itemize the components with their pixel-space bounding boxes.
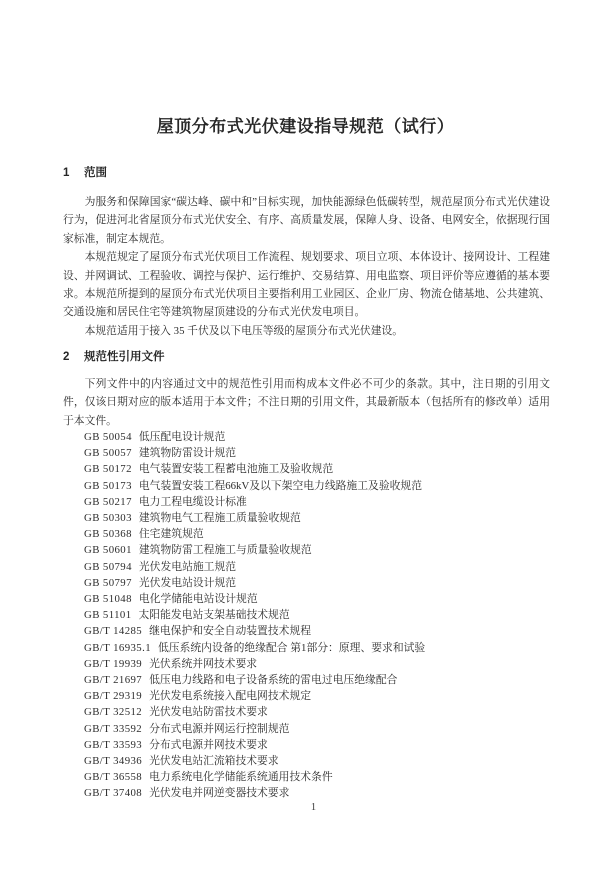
reference-item: GB 50172电气装置安装工程蓄电池施工及验收规范 <box>84 461 550 477</box>
reference-item: GB 50368住宅建筑规范 <box>84 526 550 542</box>
reference-item: GB/T 16935.1低压系统内设备的绝缘配合 第1部分：原理、要求和试验 <box>84 640 550 656</box>
paragraph: 为服务和保障国家“碳达峰、碳中和”目标实现，加快能源绿色低碳转型，规范屋顶分布式… <box>63 193 550 248</box>
reference-title: 电力工程电缆设计标准 <box>139 496 247 508</box>
reference-code: GB 50172 <box>84 461 132 477</box>
reference-title: 建筑物电气工程施工质量验收规范 <box>139 512 301 524</box>
reference-title: 光伏发电站汇流箱技术要求 <box>149 755 279 767</box>
reference-item: GB 50173电气装置安装工程66kV及以下架空电力线路施工及验收规范 <box>84 478 550 494</box>
section-2-title: 规范性引用文件 <box>84 351 165 363</box>
reference-title: 分布式电源并网运行控制规范 <box>149 723 289 735</box>
reference-title: 太阳能发电站支架基础技术规范 <box>139 609 290 621</box>
reference-item: GB 50217电力工程电缆设计标准 <box>84 494 550 510</box>
reference-title: 分布式电源并网技术要求 <box>149 739 268 751</box>
reference-item: GB 50054低压配电设计规范 <box>84 429 550 445</box>
section-1-number: 1 <box>63 165 84 181</box>
reference-code: GB 50601 <box>84 542 132 558</box>
reference-list: GB 50054低压配电设计规范 GB 50057建筑物防雷设计规范 GB 50… <box>84 429 550 802</box>
reference-title: 电气装置安装工程66kV及以下架空电力线路施工及验收规范 <box>139 480 422 492</box>
paragraph: 本规范适用于接入 35 千伏及以下电压等级的屋顶分布式光伏建设。 <box>63 322 550 340</box>
reference-title: 低压电力线路和电子设备系统的雷电过电压绝缘配合 <box>149 674 397 686</box>
reference-code: GB 51101 <box>84 607 132 623</box>
section-1-body: 为服务和保障国家“碳达峰、碳中和”目标实现，加快能源绿色低碳转型，规范屋顶分布式… <box>63 193 550 340</box>
reference-code: GB 50303 <box>84 510 132 526</box>
reference-item: GB/T 21697低压电力线路和电子设备系统的雷电过电压绝缘配合 <box>84 672 550 688</box>
reference-code: GB/T 34936 <box>84 753 142 769</box>
paragraph: 本规范规定了屋顶分布式光伏项目工作流程、规划要求、项目立项、本体设计、接网设计、… <box>63 248 550 322</box>
reference-title: 光伏发电站施工规范 <box>139 561 236 573</box>
reference-item: GB/T 34936光伏发电站汇流箱技术要求 <box>84 753 550 769</box>
reference-title: 低压系统内设备的绝缘配合 第1部分：原理、要求和试验 <box>158 642 425 654</box>
reference-item: GB 50057建筑物防雷设计规范 <box>84 445 550 461</box>
reference-item: GB 51048电化学储能电站设计规范 <box>84 591 550 607</box>
reference-code: GB 50057 <box>84 445 132 461</box>
reference-title: 光伏发电并网逆变器技术要求 <box>149 787 289 799</box>
reference-code: GB/T 16935.1 <box>84 640 151 656</box>
reference-item: GB/T 29319光伏发电系统接入配电网技术规定 <box>84 688 550 704</box>
reference-item: GB 50794光伏发电站施工规范 <box>84 559 550 575</box>
section-2-body: 下列文件中的内容通过文中的规范性引用而构成本文件必不可少的条款。其中，注日期的引… <box>63 375 550 430</box>
reference-title: 电气装置安装工程蓄电池施工及验收规范 <box>139 463 333 475</box>
reference-code: GB/T 29319 <box>84 688 142 704</box>
reference-item: GB/T 33593分布式电源并网技术要求 <box>84 737 550 753</box>
reference-item: GB 51101太阳能发电站支架基础技术规范 <box>84 607 550 623</box>
reference-code: GB/T 33593 <box>84 737 142 753</box>
paragraph: 下列文件中的内容通过文中的规范性引用而构成本文件必不可少的条款。其中，注日期的引… <box>63 375 550 430</box>
reference-title: 光伏发电站设计规范 <box>139 577 236 589</box>
reference-code: GB 51048 <box>84 591 132 607</box>
reference-code: GB 50794 <box>84 559 132 575</box>
reference-code: GB/T 37408 <box>84 785 142 801</box>
reference-item: GB/T 37408光伏发电并网逆变器技术要求 <box>84 785 550 801</box>
reference-title: 继电保护和安全自动装置技术规程 <box>149 625 311 637</box>
reference-code: GB 50054 <box>84 429 132 445</box>
reference-title: 低压配电设计规范 <box>139 431 225 443</box>
reference-title: 光伏系统并网技术要求 <box>149 658 257 670</box>
reference-code: GB/T 21697 <box>84 672 142 688</box>
reference-item: GB 50601建筑物防雷工程施工与质量验收规范 <box>84 542 550 558</box>
section-2-heading: 2规范性引用文件 <box>63 349 550 365</box>
reference-item: GB/T 33592分布式电源并网运行控制规范 <box>84 721 550 737</box>
section-2-number: 2 <box>63 349 84 365</box>
reference-code: GB 50797 <box>84 575 132 591</box>
reference-code: GB 50173 <box>84 478 132 494</box>
reference-title: 光伏发电站防雷技术要求 <box>149 706 268 718</box>
reference-code: GB 50217 <box>84 494 132 510</box>
page-number: 1 <box>63 801 550 815</box>
reference-title: 光伏发电系统接入配电网技术规定 <box>149 690 311 702</box>
reference-title: 建筑物防雷工程施工与质量验收规范 <box>139 544 312 556</box>
reference-title: 电化学储能电站设计规范 <box>139 593 258 605</box>
reference-code: GB/T 14285 <box>84 623 142 639</box>
reference-code: GB/T 19939 <box>84 656 142 672</box>
reference-code: GB/T 36558 <box>84 769 142 785</box>
document-title: 屋顶分布式光伏建设指导规范（试行） <box>0 114 611 139</box>
reference-item: GB/T 14285继电保护和安全自动装置技术规程 <box>84 623 550 639</box>
reference-code: GB 50368 <box>84 526 132 542</box>
reference-title: 建筑物防雷设计规范 <box>139 447 236 459</box>
reference-item: GB 50303建筑物电气工程施工质量验收规范 <box>84 510 550 526</box>
reference-item: GB/T 19939光伏系统并网技术要求 <box>84 656 550 672</box>
reference-title: 住宅建筑规范 <box>139 528 204 540</box>
document-page: 屋顶分布式光伏建设指导规范（试行） 1范围 为服务和保障国家“碳达峰、碳中和”目… <box>0 0 611 871</box>
reference-code: GB/T 33592 <box>84 721 142 737</box>
reference-item: GB/T 36558电力系统电化学储能系统通用技术条件 <box>84 769 550 785</box>
section-1-heading: 1范围 <box>63 165 550 181</box>
reference-title: 电力系统电化学储能系统通用技术条件 <box>149 771 333 783</box>
reference-code: GB/T 32512 <box>84 704 142 720</box>
section-1-title: 范围 <box>84 167 107 179</box>
reference-item: GB/T 32512光伏发电站防雷技术要求 <box>84 704 550 720</box>
reference-item: GB 50797光伏发电站设计规范 <box>84 575 550 591</box>
